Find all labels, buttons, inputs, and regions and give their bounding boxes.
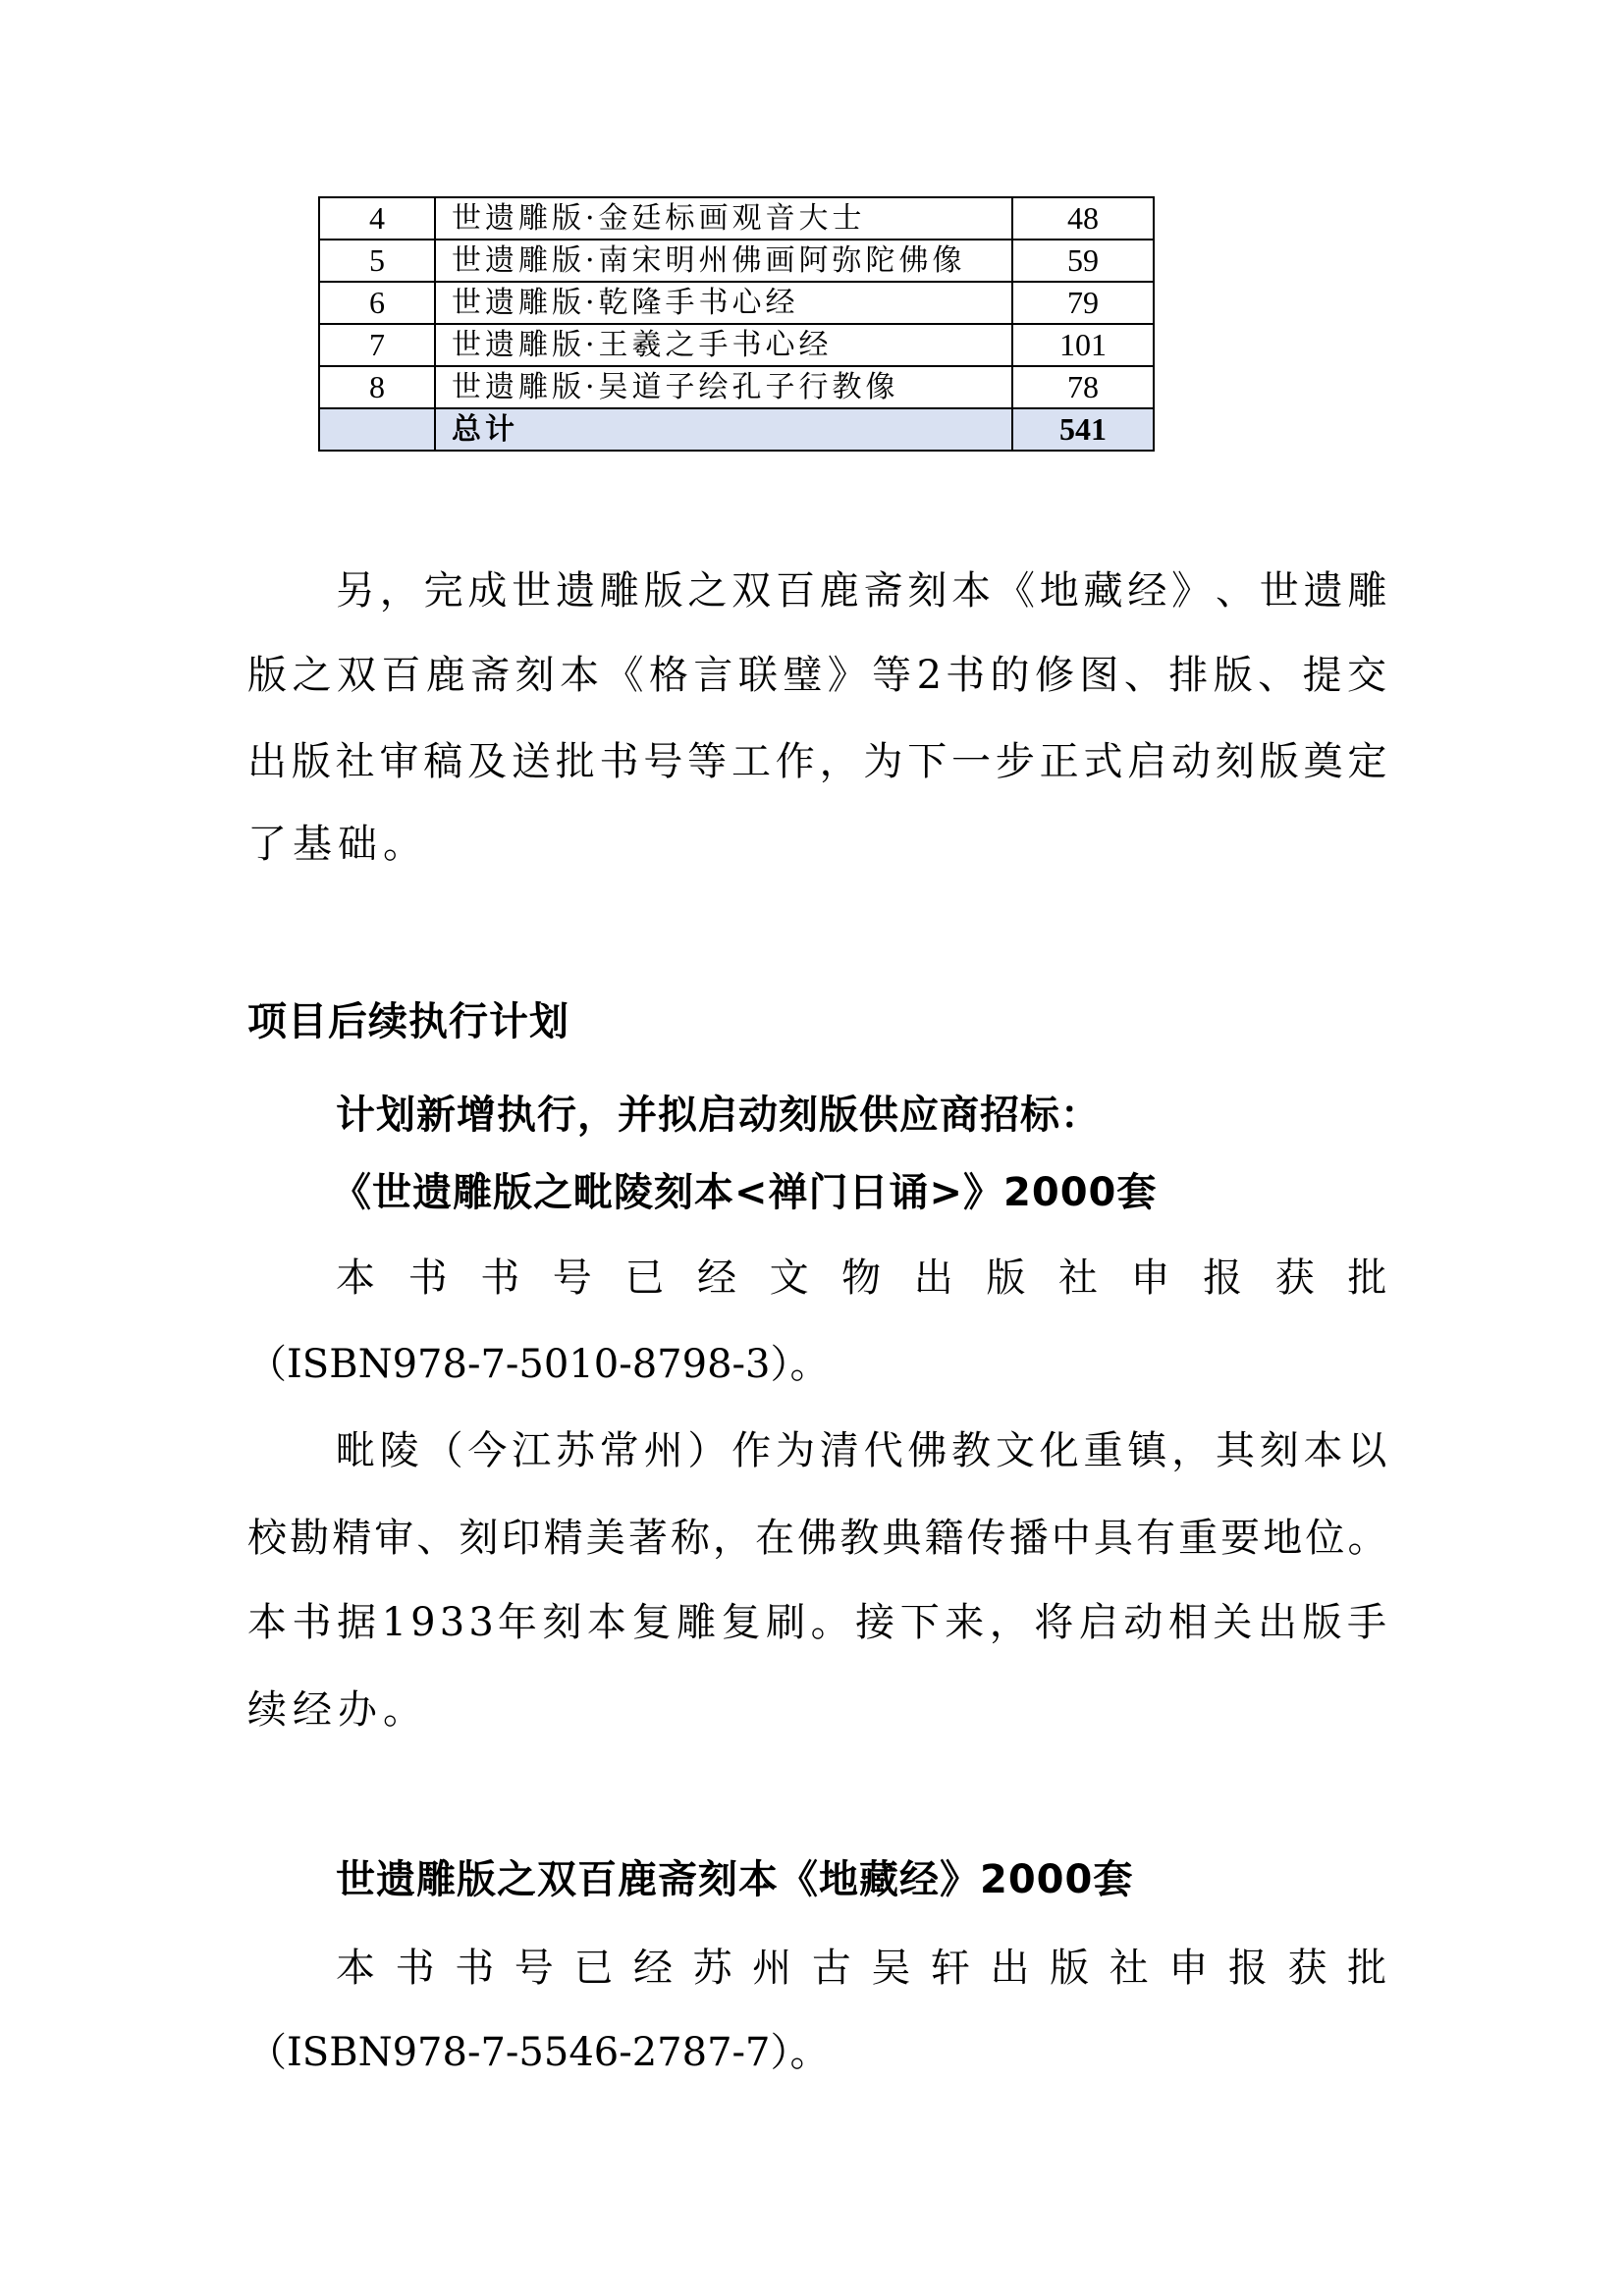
book2-isbn: （ISBN978-7-5546-2787-7）。 [247,2023,1386,2082]
print-count-table: 4 世遗雕版·金廷标画观音大士 48 5 世遗雕版·南宋明州佛画阿弥陀佛像 59… [318,196,1155,452]
table-row: 7 世遗雕版·王羲之手书心经 101 [319,324,1154,366]
book1-isbn: （ISBN978-7-5010-8798-3）。 [247,1335,1386,1394]
section-title: 项目后续执行计划 [247,992,569,1051]
book1-title: 《世遗雕版之毗陵刻本<禅门日诵>》2000套 [332,1163,1157,1222]
row-number: 5 [319,240,435,282]
paragraph-line: 另 ， 完 成 世 遗 雕 版 之 双 百 鹿 斋 刻 本 《 地 藏 经 》 … [336,561,1386,620]
paragraph-line: 了基础。 [247,815,1386,874]
book2-title: 世遗雕版之双百鹿斋刻本《地藏经》2000套 [336,1850,1133,1909]
item-name: 世遗雕版·吴道子绘孔子行教像 [435,366,1012,408]
total-row: 总计 541 [319,408,1154,451]
item-count: 79 [1012,282,1154,324]
book1-desc-line: 毗 陵 （ 今 江 苏 常 州 ） 作 为 清 代 佛 教 文 化 重 镇 ， … [336,1421,1386,1480]
row-number: 4 [319,197,435,240]
item-count: 78 [1012,366,1154,408]
book1-isbn-line: 本 书 书 号 已 经 文 物 出 版 社 申 报 获 批 [336,1249,1386,1308]
table-row: 8 世遗雕版·吴道子绘孔子行教像 78 [319,366,1154,408]
book1-desc-line: 校 勘 精 审 、 刻 印 精 美 著 称 ， 在 佛 教 典 籍 传 播 中 … [247,1509,1386,1568]
row-number: 6 [319,282,435,324]
book2-isbn-line: 本 书 书 号 已 经 苏 州 古 吴 轩 出 版 社 申 报 获 批 [336,1939,1386,1998]
plan-intro: 计划新增执行，并拟启动刻版供应商招标： [336,1086,1101,1145]
table-row: 5 世遗雕版·南宋明州佛画阿弥陀佛像 59 [319,240,1154,282]
total-count: 541 [1012,408,1154,451]
item-count: 59 [1012,240,1154,282]
row-number: 8 [319,366,435,408]
table-row: 4 世遗雕版·金廷标画观音大士 48 [319,197,1154,240]
item-name: 世遗雕版·金廷标画观音大士 [435,197,1012,240]
book1-desc-line: 续经办。 [247,1681,1386,1739]
total-label: 总计 [435,408,1012,451]
paragraph-line: 版 之 双 百 鹿 斋 刻 本 《 格 言 联 璧 》 等 2 书 的 修 图 … [247,646,1386,705]
row-number: 7 [319,324,435,366]
item-name: 世遗雕版·王羲之手书心经 [435,324,1012,366]
item-count: 48 [1012,197,1154,240]
item-name: 世遗雕版·南宋明州佛画阿弥陀佛像 [435,240,1012,282]
paragraph-line: 出 版 社 审 稿 及 送 批 书 号 等 工 作 ， 为 下 一 步 正 式 … [247,732,1386,791]
table-row: 6 世遗雕版·乾隆手书心经 79 [319,282,1154,324]
total-row-number [319,408,435,451]
item-name: 世遗雕版·乾隆手书心经 [435,282,1012,324]
item-count: 101 [1012,324,1154,366]
book1-desc-line: 本 书 据 1 9 3 3 年 刻 本 复 雕 复 刷 。 接 下 来 ， 将 … [247,1593,1386,1652]
